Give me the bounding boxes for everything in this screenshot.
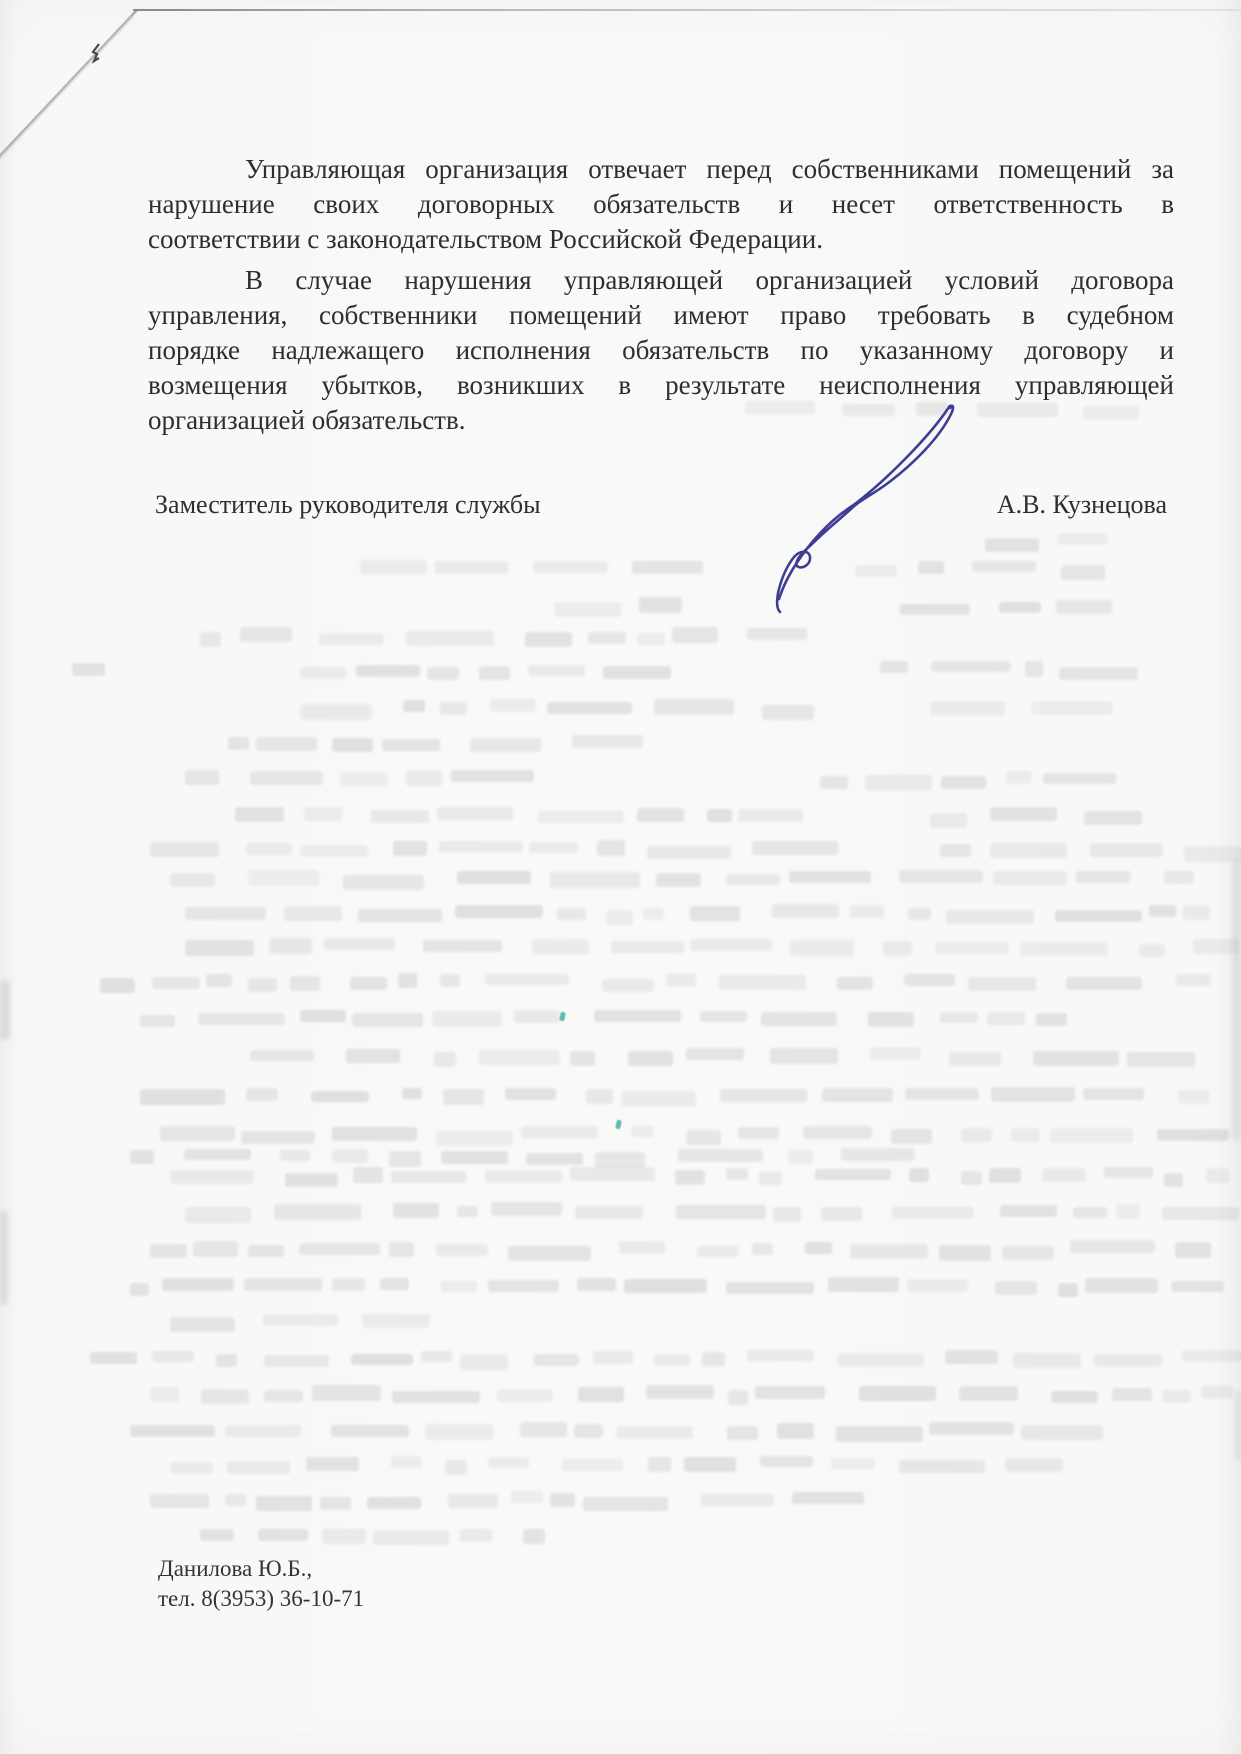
- bleedthrough-segment: [440, 974, 459, 987]
- bleedthrough-segment: [588, 632, 627, 643]
- bleedthrough-segment: [1050, 1128, 1133, 1143]
- bleedthrough-segment: [868, 1012, 914, 1027]
- bleedthrough-segment: [150, 1244, 187, 1257]
- bleedthrough-segment: [675, 1170, 705, 1185]
- bleedthrough-segment: [200, 1529, 234, 1541]
- bleedthrough-segment: [534, 1354, 580, 1366]
- bleedthrough-segment: [184, 1149, 251, 1160]
- scan-edge-smudge: [0, 980, 10, 1040]
- bleedthrough-segment: [752, 1243, 773, 1255]
- bleedthrough-segment: [908, 908, 931, 920]
- bleedthrough-segment: [583, 1497, 668, 1512]
- bleedthrough-segment: [491, 1202, 562, 1216]
- bleedthrough-segment: [1061, 565, 1105, 581]
- handwritten-signature: [752, 380, 972, 630]
- bleedthrough-segment: [606, 910, 633, 925]
- bleedthrough-segment: [391, 1456, 423, 1468]
- bleedthrough-segment: [300, 1010, 346, 1022]
- bleedthrough-segment: [990, 807, 1057, 820]
- bleedthrough-segment: [1164, 1173, 1184, 1187]
- bleedthrough-segment: [185, 770, 219, 785]
- bleedthrough-segment: [525, 632, 572, 647]
- body-paragraphs: Управляющая организация отвечает перед с…: [148, 152, 1174, 444]
- bleedthrough-segment: [206, 974, 231, 987]
- paragraph-line: организацией обязательств.: [148, 403, 1174, 438]
- bleedthrough-segment: [72, 663, 105, 676]
- bleedthrough-segment: [883, 941, 912, 955]
- bleedthrough-segment: [761, 1012, 837, 1026]
- bleedthrough-segment: [1178, 1090, 1209, 1104]
- bleedthrough-segment: [521, 1126, 598, 1138]
- bleedthrough-segment: [870, 1047, 921, 1059]
- bleedthrough-segment: [246, 1088, 278, 1101]
- bleedthrough-segment: [1104, 1167, 1153, 1178]
- bleedthrough-segment: [185, 940, 254, 955]
- bleedthrough-segment: [930, 701, 1005, 716]
- bleedthrough-segment: [269, 938, 313, 954]
- paragraph-line: соответствии с законодательством Российс…: [148, 222, 1174, 257]
- bleedthrough-segment: [968, 977, 1036, 991]
- paragraph-line: Управляющая организация отвечает перед с…: [148, 152, 1174, 187]
- bleedthrough-segment: [319, 633, 384, 646]
- bleedthrough-segment: [228, 737, 249, 750]
- bleedthrough-segment: [306, 1457, 359, 1470]
- bleedthrough-segment: [989, 1168, 1021, 1184]
- bleedthrough-segment: [152, 1351, 194, 1362]
- bleedthrough-segment: [1184, 846, 1241, 862]
- bleedthrough-segment: [150, 1387, 179, 1402]
- bleedthrough-segment: [995, 1281, 1038, 1295]
- bleedthrough-segment: [248, 1245, 283, 1257]
- bleedthrough-segment: [1000, 1205, 1057, 1216]
- bleedthrough-segment: [320, 1497, 351, 1511]
- bleedthrough-segment: [246, 843, 292, 854]
- bleedthrough-segment: [393, 841, 427, 856]
- bleedthrough-segment: [656, 873, 701, 887]
- bleedthrough-segment: [362, 1314, 430, 1328]
- bleedthrough-segment: [850, 1244, 928, 1259]
- bleedthrough-segment: [831, 1458, 875, 1470]
- scanned-document-page: Управляющая организация отвечает перед с…: [0, 0, 1241, 1754]
- bleedthrough-segment: [1006, 771, 1032, 784]
- bleedthrough-segment: [720, 1089, 807, 1101]
- bleedthrough-segment: [479, 1050, 560, 1065]
- bleedthrough-segment: [726, 874, 780, 885]
- bleedthrough-segment: [1112, 1388, 1152, 1401]
- bleedthrough-segment: [225, 1494, 246, 1506]
- bleedthrough-segment: [1083, 1088, 1144, 1099]
- bleedthrough-segment: [264, 1355, 328, 1368]
- bleedthrough-segment: [690, 939, 772, 950]
- bleedthrough-segment: [380, 1278, 408, 1290]
- bleedthrough-segment: [523, 1529, 545, 1544]
- bleedthrough-segment: [700, 1011, 746, 1022]
- bleedthrough-segment: [225, 1425, 301, 1438]
- bleedthrough-segment: [788, 1150, 813, 1164]
- bleedthrough-segment: [150, 842, 219, 857]
- bleedthrough-segment: [201, 1389, 249, 1404]
- bleedthrough-segment: [538, 811, 624, 824]
- bleedthrough-segment: [1002, 1246, 1053, 1261]
- bleedthrough-segment: [935, 942, 1009, 954]
- bleedthrough-segment: [1139, 944, 1165, 957]
- bleedthrough-segment: [899, 870, 983, 883]
- bleedthrough-segment: [427, 667, 459, 680]
- bleedthrough-segment: [352, 1013, 423, 1028]
- bleedthrough-segment: [436, 1131, 513, 1146]
- bleedthrough-segment: [332, 738, 372, 752]
- bleedthrough-segment: [637, 633, 665, 646]
- bleedthrough-segment: [961, 1171, 982, 1186]
- bleedthrough-segment: [256, 737, 316, 750]
- bleedthrough-segment: [346, 1049, 400, 1063]
- bleedthrough-segment: [726, 1168, 748, 1179]
- bleedthrough-segment: [200, 632, 221, 647]
- paragraph-line: возмещения убытков, возникших в результа…: [148, 368, 1174, 403]
- bleedthrough-segment: [514, 1010, 560, 1024]
- bleedthrough-segment: [490, 699, 537, 712]
- bleedthrough-segment: [398, 973, 417, 988]
- bleedthrough-segment: [821, 1207, 862, 1222]
- bleedthrough-segment: [264, 1390, 303, 1402]
- bleedthrough-segment: [738, 809, 803, 822]
- bleedthrough-segment: [815, 1169, 890, 1180]
- paragraph-line: нарушение своих договорных обязательств …: [148, 187, 1174, 222]
- bleedthrough-segment: [611, 941, 684, 953]
- signer-name: А.В. Кузнецова: [997, 490, 1167, 520]
- bleedthrough-segment: [533, 561, 608, 573]
- bleedthrough-segment: [770, 1048, 839, 1063]
- bleedthrough-segment: [373, 1531, 450, 1545]
- bleedthrough-segment: [439, 841, 523, 852]
- bleedthrough-segment: [648, 1457, 671, 1472]
- bleedthrough-segment: [485, 974, 569, 985]
- bleedthrough-segment: [747, 1350, 815, 1362]
- bleedthrough-segment: [572, 735, 642, 748]
- bleedthrough-segment: [570, 1167, 655, 1181]
- bleedthrough-segment: [520, 1422, 567, 1437]
- bleedthrough-segment: [256, 1496, 313, 1512]
- bleedthrough-segment: [532, 939, 588, 955]
- bleedthrough-segment: [470, 738, 541, 752]
- bleedthrough-segment: [1084, 811, 1142, 825]
- bleedthrough-segment: [421, 1351, 452, 1362]
- bleedthrough-segment: [562, 1459, 624, 1471]
- bleedthrough-segment: [616, 1426, 693, 1439]
- bleedthrough-segment: [479, 666, 510, 680]
- bleedthrough-segment: [1058, 533, 1108, 544]
- bleedthrough-segment: [1025, 661, 1043, 677]
- bleedthrough-segment: [322, 1529, 366, 1544]
- bleedthrough-segment: [803, 1126, 872, 1139]
- bleedthrough-segment: [850, 905, 885, 917]
- bleedthrough-segment: [371, 810, 429, 822]
- bleedthrough-segment: [595, 1152, 645, 1168]
- bleedthrough-segment: [1056, 600, 1111, 614]
- bleedthrough-segment: [594, 1010, 681, 1022]
- bleedthrough-segment: [240, 627, 293, 642]
- bleedthrough-segment: [130, 1150, 154, 1164]
- bleedthrough-segment: [1055, 910, 1142, 922]
- paragraph-spacer: [148, 438, 1174, 444]
- bleedthrough-segment: [332, 1127, 417, 1141]
- bleedthrough-segment: [250, 1050, 314, 1061]
- bleedthrough-segment: [258, 1529, 308, 1541]
- bleedthrough-segment: [773, 1207, 801, 1222]
- bleedthrough-segment: [406, 631, 494, 646]
- contact-name: Данилова Ю.Б.,: [158, 1554, 364, 1584]
- bleedthrough-segment: [1059, 667, 1139, 680]
- bleedthrough-segment: [440, 702, 467, 715]
- scan-top-edge-line: [133, 9, 1241, 11]
- bleedthrough-segment: [672, 627, 718, 642]
- bleedthrough-segment: [402, 1088, 421, 1100]
- bleedthrough-segment: [1090, 843, 1164, 857]
- paragraph-line: В случае нарушения управляющей организац…: [148, 263, 1174, 298]
- bleedthrough-segment: [929, 1422, 1014, 1435]
- bleedthrough-segment: [628, 1051, 673, 1066]
- bleedthrough-segment: [274, 1204, 361, 1220]
- bleedthrough-segment: [790, 940, 854, 956]
- bleedthrough-segment: [304, 807, 342, 820]
- bleedthrough-segment: [1042, 1168, 1086, 1182]
- bleedthrough-segment: [639, 597, 682, 613]
- bleedthrough-segment: [557, 908, 586, 920]
- paragraph-line: управления, собственники помещений имеют…: [148, 298, 1174, 333]
- bleedthrough-segment: [939, 1245, 991, 1261]
- bleedthrough-segment: [528, 665, 585, 676]
- bleedthrough-segment: [300, 845, 368, 857]
- bleedthrough-segment: [332, 1149, 368, 1163]
- bleedthrough-segment: [654, 1354, 690, 1366]
- bleedthrough-segment: [457, 871, 532, 883]
- bleedthrough-segment: [676, 1205, 766, 1219]
- bleedthrough-segment: [130, 1425, 215, 1437]
- bleedthrough-segment: [423, 940, 502, 952]
- bleedthrough-segment: [646, 1385, 713, 1398]
- bleedthrough-segment: [701, 1494, 774, 1506]
- bleedthrough-segment: [993, 871, 1068, 885]
- bleedthrough-segment: [930, 813, 967, 829]
- bleedthrough-segment: [332, 1278, 364, 1292]
- bleedthrough-segment: [432, 1011, 502, 1027]
- bleedthrough-segment: [690, 906, 740, 921]
- bleedthrough-segment: [991, 1087, 1076, 1102]
- bleedthrough-segment: [1176, 974, 1211, 987]
- bleedthrough-segment: [488, 1280, 559, 1292]
- bleedthrough-segment: [170, 873, 215, 887]
- bleedthrough-segment: [185, 1207, 251, 1223]
- bleedthrough-segment: [907, 1279, 967, 1293]
- bleedthrough-segment: [772, 904, 838, 918]
- bleedthrough-segment: [311, 1091, 370, 1102]
- bleedthrough-segment: [1157, 1129, 1229, 1141]
- bleedthrough-segment: [162, 1278, 234, 1290]
- bleedthrough-segment: [460, 1354, 508, 1370]
- bleedthrough-segment: [340, 772, 388, 786]
- bleedthrough-segment: [904, 974, 955, 987]
- bleedthrough-segment: [837, 977, 873, 990]
- bleedthrough-segment: [448, 1494, 497, 1508]
- bleedthrough-segment: [678, 1149, 763, 1162]
- bleedthrough-segment: [905, 1088, 979, 1101]
- bleedthrough-segment: [1021, 1425, 1104, 1440]
- bleedthrough-segment: [647, 846, 731, 860]
- bleedthrough-segment: [686, 1130, 721, 1145]
- bleedthrough-segment: [358, 909, 442, 923]
- bleedthrough-segment: [457, 1206, 478, 1217]
- bleedthrough-segment: [631, 1126, 654, 1137]
- bleedthrough-segment: [100, 978, 135, 993]
- bleedthrough-segment: [389, 1151, 420, 1167]
- bleedthrough-segment: [529, 842, 578, 853]
- bleedthrough-segment: [1005, 1458, 1063, 1473]
- bleedthrough-segment: [762, 705, 814, 721]
- bleedthrough-segment: [140, 1089, 225, 1105]
- bleedthrough-segment: [505, 1088, 557, 1101]
- bleedthrough-segment: [643, 908, 664, 920]
- bleedthrough-segment: [441, 1151, 508, 1165]
- bleedthrough-segment: [343, 875, 424, 890]
- bleedthrough-segment: [140, 1015, 175, 1028]
- bleedthrough-segment: [284, 906, 342, 921]
- bleedthrough-segment: [356, 665, 420, 678]
- bleedthrough-segment: [792, 1492, 864, 1504]
- bleedthrough-segment: [931, 661, 1011, 672]
- bleedthrough-segment: [1175, 1242, 1210, 1258]
- bleedthrough-segment: [244, 1278, 322, 1291]
- bleedthrough-segment: [1058, 1283, 1078, 1297]
- bleedthrough-segment: [1036, 1013, 1068, 1026]
- bleedthrough-segment: [684, 1457, 735, 1472]
- scan-edge-smudge: [1232, 860, 1241, 1140]
- bleedthrough-segment: [747, 628, 807, 640]
- bleedthrough-segment: [152, 977, 199, 989]
- bleedthrough-segment: [686, 1048, 744, 1059]
- bleedthrough-segment: [836, 1426, 922, 1441]
- bleedthrough-segment: [1033, 1051, 1119, 1067]
- bleedthrough-segment: [443, 1089, 484, 1105]
- bleedthrough-segment: [1094, 1354, 1162, 1367]
- bleedthrough-segment: [1116, 1204, 1140, 1219]
- bleedthrough-segment: [759, 1172, 782, 1185]
- bleedthrough-segment: [508, 1246, 591, 1261]
- bleedthrough-segment: [909, 1168, 929, 1182]
- bleedthrough-segment: [719, 975, 806, 990]
- bleedthrough-segment: [485, 1170, 562, 1183]
- bleedthrough-segment: [511, 1491, 543, 1503]
- bleedthrough-segment: [619, 1241, 665, 1254]
- bleedthrough-segment: [961, 1128, 992, 1142]
- bleedthrough-segment: [300, 667, 346, 679]
- bleedthrough-segment: [1013, 1353, 1081, 1368]
- bleedthrough-segment: [280, 1150, 309, 1161]
- bleedthrough-segment: [1085, 1278, 1158, 1293]
- scan-edge-smudge: [0, 1210, 8, 1305]
- bleedthrough-segment: [425, 1424, 494, 1440]
- bleedthrough-segment: [555, 602, 621, 617]
- ink-speck: [559, 1012, 566, 1022]
- bleedthrough-segment: [949, 1052, 1001, 1066]
- bleedthrough-segment: [90, 1352, 137, 1364]
- executor-contact: Данилова Ю.Б., тел. 8(3953) 36-10-71: [158, 1554, 364, 1614]
- bleedthrough-segment: [300, 704, 372, 720]
- bleedthrough-segment: [666, 973, 696, 987]
- bleedthrough-segment: [437, 807, 513, 820]
- bleedthrough-segment: [838, 1353, 923, 1367]
- bleedthrough-segment: [828, 1277, 899, 1292]
- bleedthrough-segment: [880, 661, 908, 673]
- signer-title: Заместитель руководителя службы: [155, 490, 541, 520]
- bleedthrough-segment: [1051, 1391, 1098, 1403]
- bleedthrough-segment: [899, 1460, 984, 1472]
- bleedthrough-segment: [1183, 905, 1211, 920]
- bleedthrough-segment: [760, 1456, 813, 1467]
- bleedthrough-segment: [436, 1244, 488, 1256]
- bleedthrough-segment: [1182, 1350, 1241, 1362]
- scan-edge-smudge: [1235, 1390, 1241, 1460]
- bleedthrough-segment: [727, 1426, 758, 1440]
- bleedthrough-segment: [738, 1127, 779, 1140]
- bleedthrough-segment: [777, 1423, 815, 1439]
- bleedthrough-segment: [1011, 1128, 1040, 1142]
- bleedthrough-segment: [460, 1529, 492, 1542]
- bleedthrough-segment: [324, 938, 396, 950]
- bleedthrough-segment: [892, 1207, 974, 1219]
- bleedthrough-segment: [865, 775, 933, 791]
- bleedthrough-segment: [1043, 773, 1116, 784]
- bleedthrough-segment: [624, 1279, 707, 1293]
- bleedthrough-segment: [859, 1386, 937, 1401]
- bleedthrough-segment: [987, 1012, 1025, 1026]
- bleedthrough-segment: [985, 538, 1039, 552]
- bleedthrough-segment: [632, 561, 703, 574]
- bleedthrough-segment: [574, 1424, 603, 1438]
- bleedthrough-segment: [603, 666, 671, 680]
- bleedthrough-segment: [697, 1246, 739, 1257]
- bleedthrough-segment: [654, 699, 734, 715]
- bleedthrough-segment: [382, 739, 440, 751]
- bleedthrough-segment: [391, 1171, 465, 1183]
- bleedthrough-segment: [940, 1012, 978, 1023]
- bleedthrough-segment: [1206, 1168, 1229, 1182]
- bleedthrough-segment: [707, 809, 731, 821]
- bleedthrough-segment: [367, 1497, 421, 1509]
- bleedthrough-segment: [299, 1243, 381, 1255]
- bleedthrough-segment: [351, 1354, 412, 1365]
- bleedthrough-segment: [550, 872, 640, 887]
- bleedthrough-segment: [637, 808, 684, 822]
- bleedthrough-segment: [597, 840, 626, 856]
- bleedthrough-segment: [248, 978, 277, 992]
- bleedthrough-segment: [193, 1241, 238, 1256]
- bleedthrough-segment: [435, 561, 508, 575]
- bleedthrough-segment: [1162, 1207, 1239, 1221]
- bleedthrough-segment: [702, 1352, 724, 1366]
- bleedthrough-segment: [959, 1386, 1018, 1401]
- bleedthrough-segment: [1164, 871, 1195, 884]
- paragraph-line: порядке надлежащего исполнения обязатель…: [148, 333, 1174, 368]
- bleedthrough-segment: [728, 1390, 748, 1405]
- bleedthrough-segment: [526, 1153, 583, 1165]
- bleedthrough-segment: [170, 1170, 254, 1184]
- bleedthrough-segment: [389, 1242, 414, 1257]
- bleedthrough-segment: [455, 905, 543, 918]
- bleedthrough-segment: [593, 1351, 633, 1365]
- bleedthrough-segment: [1162, 1390, 1191, 1403]
- bleedthrough-segment: [160, 1126, 235, 1141]
- bleedthrough-segment: [822, 1088, 893, 1102]
